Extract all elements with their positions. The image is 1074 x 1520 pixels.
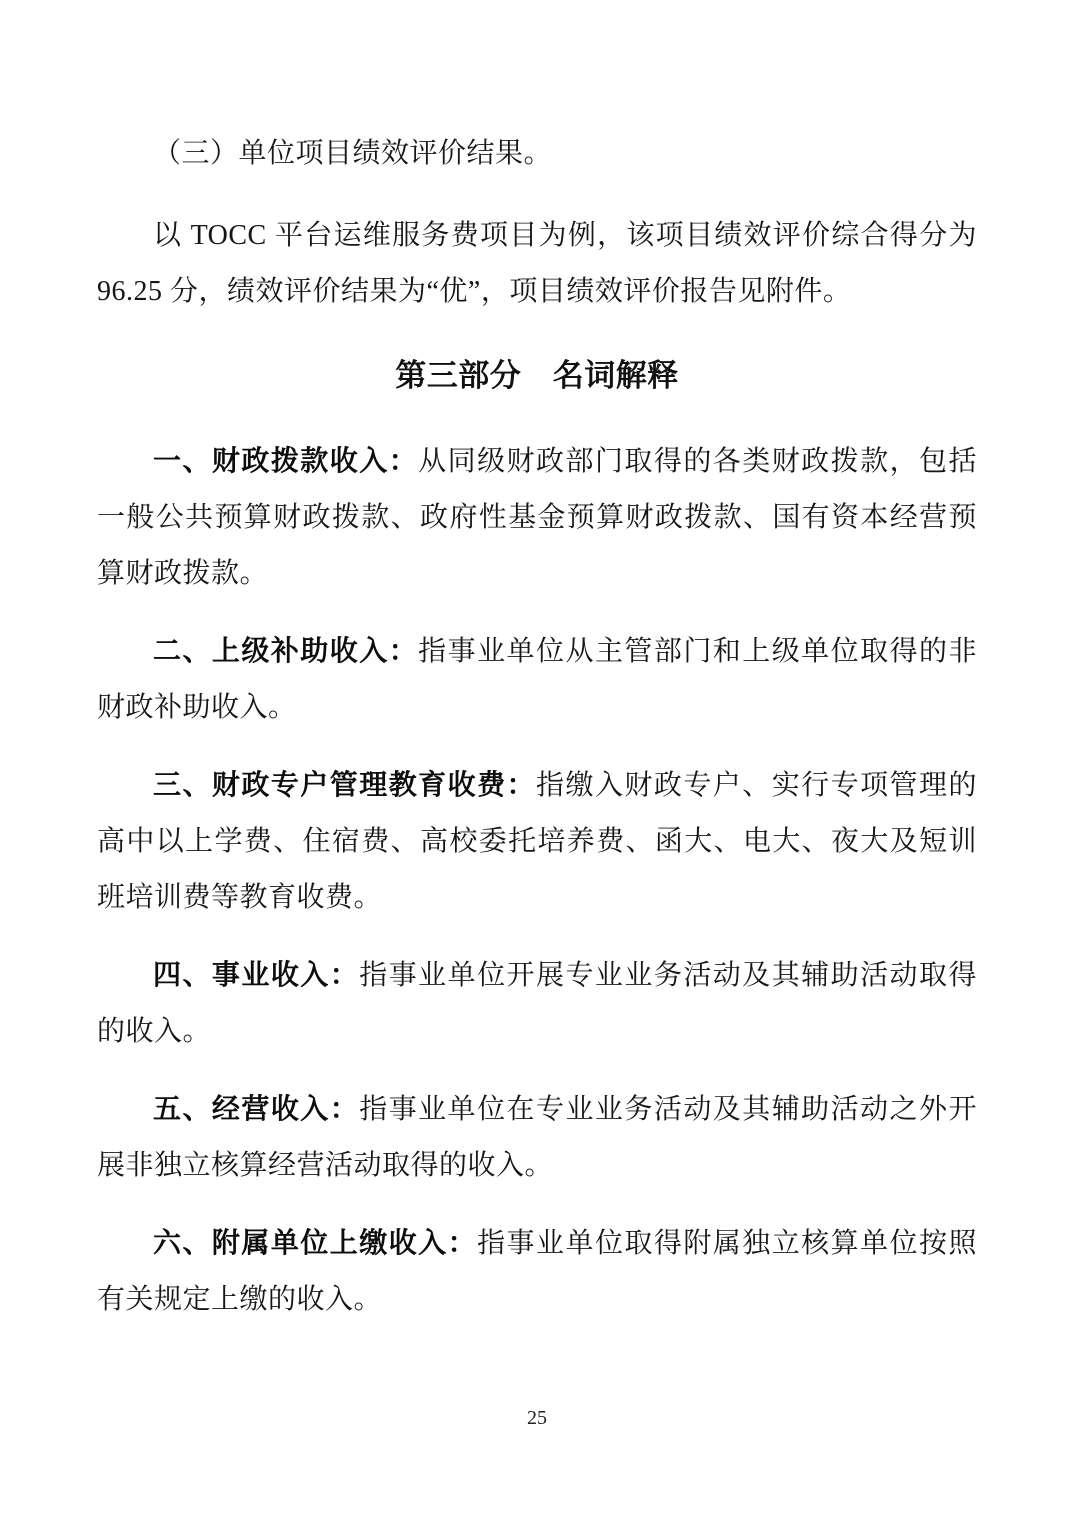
term-lead: 六、附属单位上缴收入： xyxy=(153,1228,477,1259)
document-page: （三）单位项目绩效评价结果。 以 TOCC 平台运维服务费项目为例，该项目绩效评… xyxy=(0,0,1074,1520)
term-lead: 二、上级补助收入： xyxy=(153,636,418,667)
term-lead: 一、财政拨款收入： xyxy=(153,446,418,477)
term-paragraph: 六、附属单位上缴收入：指事业单位取得附属独立核算单位按照有关规定上缴的收入。 xyxy=(97,1216,977,1328)
page-number: 25 xyxy=(0,1404,1074,1432)
term-paragraph: 二、上级补助收入：指事业单位从主管部门和上级单位取得的非财政补助收入。 xyxy=(97,624,977,736)
subsection-heading: （三）单位项目绩效评价结果。 xyxy=(97,126,977,182)
term-lead: 四、事业收入： xyxy=(153,960,359,991)
section-title: 第三部分 名词解释 xyxy=(97,346,977,406)
document-content: （三）单位项目绩效评价结果。 以 TOCC 平台运维服务费项目为例，该项目绩效评… xyxy=(0,0,1074,1328)
term-paragraph: 三、财政专户管理教育收费：指缴入财政专户、实行专项管理的高中以上学费、住宿费、高… xyxy=(97,758,977,926)
term-paragraph: 一、财政拨款收入：从同级财政部门取得的各类财政拨款，包括一般公共预算财政拨款、政… xyxy=(97,434,977,602)
term-paragraph: 四、事业收入：指事业单位开展专业业务活动及其辅助活动取得的收入。 xyxy=(97,948,977,1060)
intro-paragraph: 以 TOCC 平台运维服务费项目为例，该项目绩效评价综合得分为 96.25 分，… xyxy=(97,208,977,320)
term-lead: 五、经营收入： xyxy=(153,1094,359,1125)
term-lead: 三、财政专户管理教育收费： xyxy=(153,770,536,801)
term-paragraph: 五、经营收入：指事业单位在专业业务活动及其辅助活动之外开展非独立核算经营活动取得… xyxy=(97,1082,977,1194)
